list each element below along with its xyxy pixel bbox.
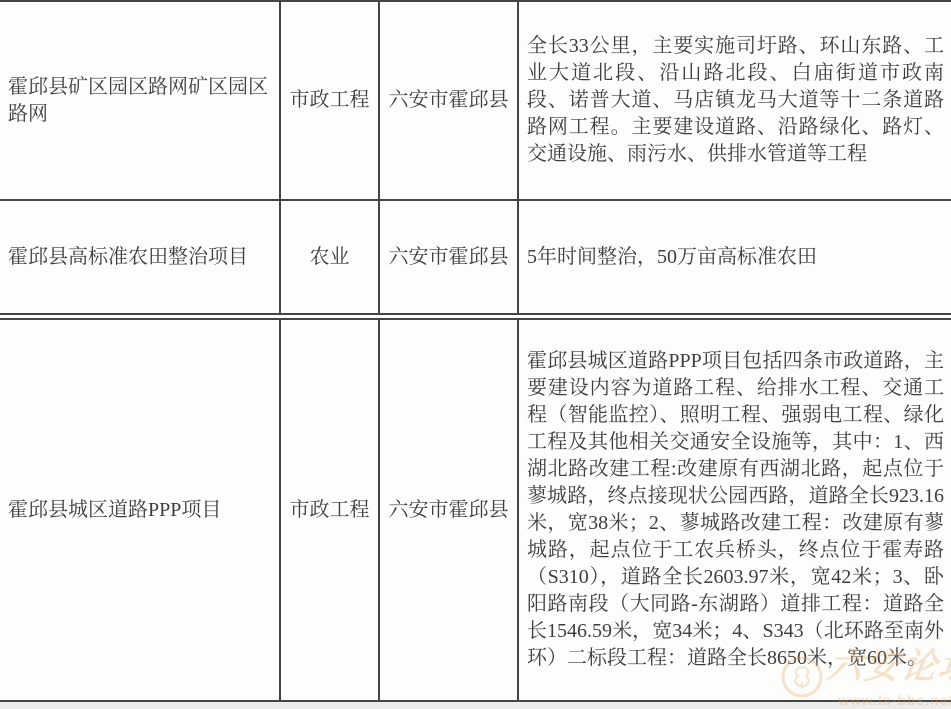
- bottom-strip: [0, 702, 951, 709]
- category-text: 市政工程: [290, 87, 370, 114]
- cell-category: 市政工程: [281, 320, 380, 700]
- category-text: 农业: [310, 244, 350, 271]
- cell-location: 六安市霍邱县: [380, 201, 519, 313]
- cell-location: 六安市霍邱县: [380, 2, 519, 199]
- project-name-text: 霍邱县矿区园区路网矿区园区路网: [8, 74, 271, 128]
- project-name-text: 霍邱县高标准农田整治项目: [8, 244, 248, 271]
- projects-table: 霍邱县矿区园区路网矿区园区路网 市政工程 六安市霍邱县 全长33公里，主要实施司…: [0, 0, 951, 702]
- cell-location: 六安市霍邱县: [380, 320, 519, 700]
- project-name-text: 霍邱县城区道路PPP项目: [8, 497, 221, 524]
- description-text: 霍邱县城区道路PPP项目包括四条市政道路，主要建设内容为道路工程、给排水工程、交…: [527, 348, 944, 672]
- cell-project-name: 霍邱县矿区园区路网矿区园区路网: [0, 2, 281, 199]
- cell-category: 市政工程: [281, 2, 380, 199]
- category-text: 市政工程: [290, 497, 370, 524]
- location-text: 六安市霍邱县: [389, 497, 509, 524]
- table-row: 霍邱县高标准农田整治项目 农业 六安市霍邱县 5年时间整治，50万亩高标准农田: [0, 201, 951, 320]
- location-text: 六安市霍邱县: [389, 87, 509, 114]
- cell-description: 霍邱县城区道路PPP项目包括四条市政道路，主要建设内容为道路工程、给排水工程、交…: [519, 320, 951, 700]
- cell-category: 农业: [281, 201, 380, 313]
- cell-description: 全长33公里，主要实施司圩路、环山东路、工业大道北段、沿山路北段、白庙街道市政南…: [519, 2, 951, 199]
- description-text: 全长33公里，主要实施司圩路、环山东路、工业大道北段、沿山路北段、白庙街道市政南…: [527, 33, 944, 168]
- cell-description: 5年时间整治，50万亩高标准农田: [519, 201, 951, 313]
- location-text: 六安市霍邱县: [389, 244, 509, 271]
- table-row: 霍邱县矿区园区路网矿区园区路网 市政工程 六安市霍邱县 全长33公里，主要实施司…: [0, 2, 951, 201]
- table-row: 霍邱县城区道路PPP项目 市政工程 六安市霍邱县 霍邱县城区道路PPP项目包括四…: [0, 320, 951, 700]
- cell-project-name: 霍邱县城区道路PPP项目: [0, 320, 281, 700]
- description-text: 5年时间整治，50万亩高标准农田: [527, 244, 944, 271]
- cell-project-name: 霍邱县高标准农田整治项目: [0, 201, 281, 313]
